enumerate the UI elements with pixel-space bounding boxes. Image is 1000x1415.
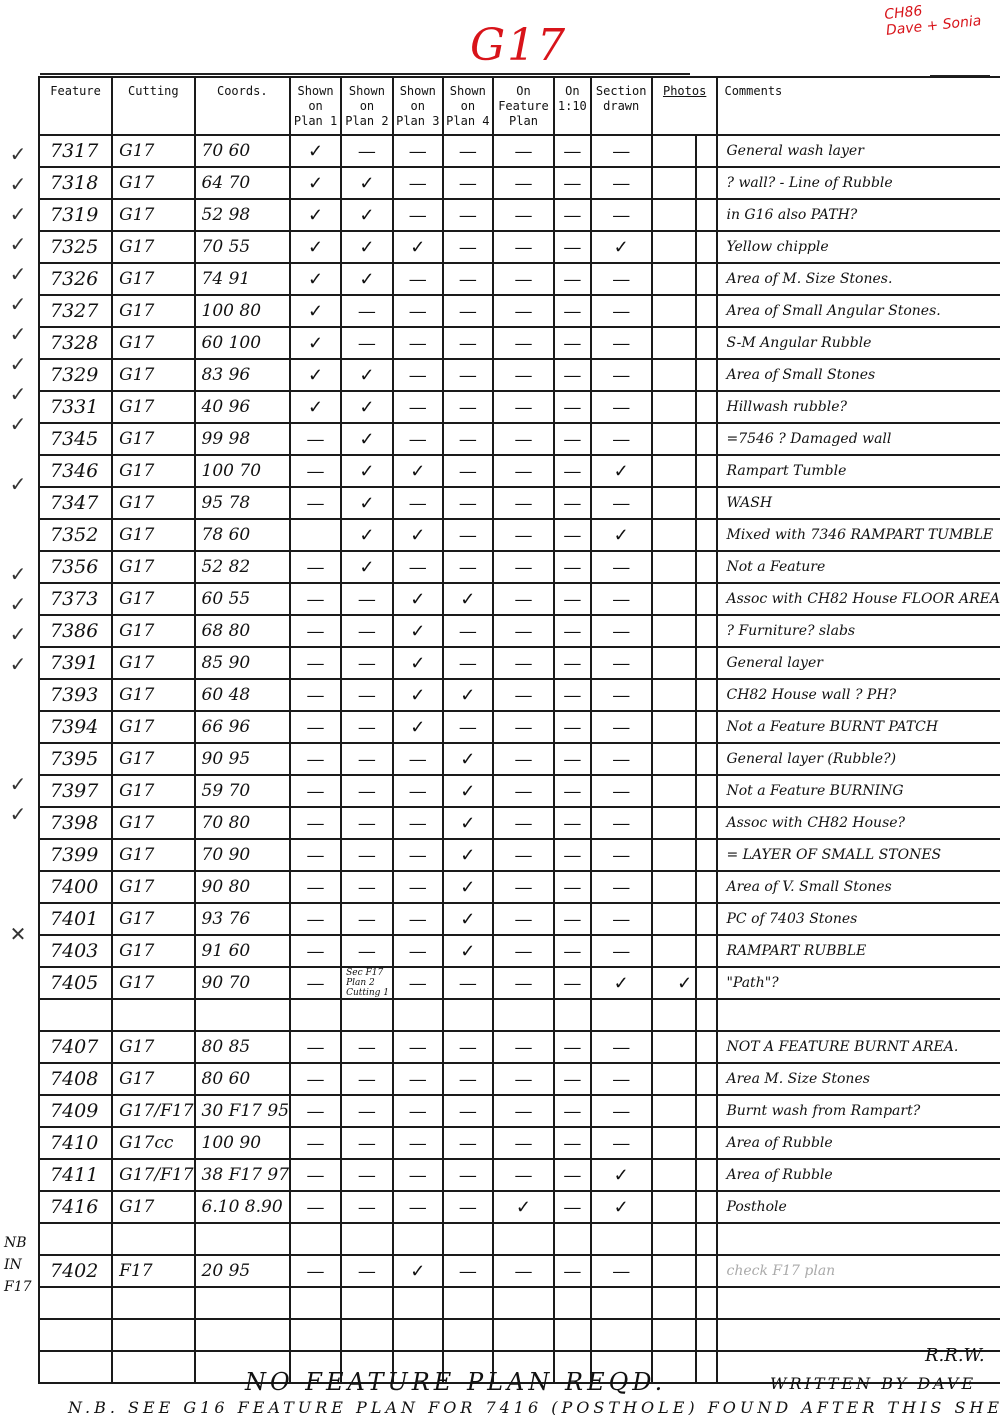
mark-cell-p1: —	[290, 423, 341, 455]
mark-cell-s110: —	[554, 263, 590, 295]
cutting-cell: G17	[112, 583, 194, 615]
photos-cell	[652, 775, 718, 807]
coords-cell: 100 90	[195, 1127, 291, 1159]
mark-cell-fp: —	[493, 1159, 554, 1191]
feature-cell: 7407	[39, 1031, 112, 1063]
feature-cell: 7408	[39, 1063, 112, 1095]
mark-cell-p2: —	[341, 679, 393, 711]
cutting-cell: G17	[112, 871, 194, 903]
mark-cell-sec: ✓	[591, 967, 652, 999]
cutting-cell: G17	[112, 167, 194, 199]
mark-cell-p3	[393, 1223, 443, 1255]
feature-cell: 7346	[39, 455, 112, 487]
mark-cell-p2: ✓	[341, 455, 393, 487]
mark-cell-s110: —	[554, 295, 590, 327]
table-row: 7328G1760 100✓——————S-M Angular Rubble	[39, 327, 1000, 359]
comment-cell: Not a Feature	[717, 551, 1000, 583]
col-feature-plan: On Feature Plan	[493, 77, 554, 135]
mark-cell-p4: ✓	[443, 583, 493, 615]
mark-cell-s110: —	[554, 391, 590, 423]
mark-cell-p2	[341, 1287, 393, 1319]
photos-cell	[652, 903, 718, 935]
cutting-cell: G17	[112, 903, 194, 935]
mark-cell-p4: —	[443, 295, 493, 327]
mark-cell-p4: —	[443, 1127, 493, 1159]
mark-cell-p2: ✓	[341, 359, 393, 391]
mark-cell-s110	[554, 1287, 590, 1319]
mark-cell-s110: —	[554, 1095, 590, 1127]
feature-cell: 7319	[39, 199, 112, 231]
coords-cell: 85 90	[195, 647, 291, 679]
cutting-cell: G17	[112, 551, 194, 583]
comment-cell: "Path"?	[717, 967, 1000, 999]
mark-cell-sec: —	[591, 263, 652, 295]
mark-cell-p3: ✓	[393, 615, 443, 647]
photos-cell	[652, 455, 718, 487]
check-mark-icon: ✓	[4, 472, 32, 496]
mark-cell-fp: —	[493, 935, 554, 967]
mark-cell-s110	[554, 1223, 590, 1255]
mark-cell-s110: —	[554, 775, 590, 807]
col-1-10: On 1:10	[554, 77, 590, 135]
col-section: Section drawn	[591, 77, 652, 135]
mark-cell-p2: —	[341, 295, 393, 327]
mark-cell-s110: —	[554, 519, 590, 551]
mark-cell-p3: —	[393, 967, 443, 999]
cutting-cell: G17	[112, 711, 194, 743]
check-mark-icon: ✓	[4, 202, 32, 226]
mark-cell-fp: —	[493, 167, 554, 199]
table-row	[39, 999, 1000, 1031]
mark-cell-sec	[591, 1223, 652, 1255]
mark-cell-p3	[393, 1287, 443, 1319]
mark-cell-p1: ✓	[290, 167, 341, 199]
col-comments: Comments	[717, 77, 1000, 135]
mark-cell-p3: —	[393, 743, 443, 775]
table-row	[39, 1223, 1000, 1255]
mark-cell-p1: —	[290, 679, 341, 711]
table-row: 7416G176.10 8.90————✓—✓Posthole	[39, 1191, 1000, 1223]
mark-cell-p2: —	[341, 839, 393, 871]
mark-cell-fp: —	[493, 583, 554, 615]
mark-cell-fp: —	[493, 327, 554, 359]
mark-cell-sec	[591, 999, 652, 1031]
feature-cell: 7331	[39, 391, 112, 423]
table-row: 7407G1780 85———————NOT A FEATURE BURNT A…	[39, 1031, 1000, 1063]
mark-cell-p2: ✓	[341, 231, 393, 263]
feature-cell: 7386	[39, 615, 112, 647]
mark-cell-p2	[341, 999, 393, 1031]
mark-cell-p4: —	[443, 967, 493, 999]
mark-cell-fp: —	[493, 1063, 554, 1095]
mark-cell-p4: ✓	[443, 903, 493, 935]
mark-cell-s110: —	[554, 551, 590, 583]
mark-cell-p1	[290, 999, 341, 1031]
table-row: 7408G1780 60———————Area M. Size Stones	[39, 1063, 1000, 1095]
mark-cell-p4: —	[443, 647, 493, 679]
feature-cell: 7399	[39, 839, 112, 871]
mark-cell-p1: —	[290, 839, 341, 871]
photos-cell	[652, 167, 718, 199]
mark-cell-s110: —	[554, 167, 590, 199]
cutting-cell: F17	[112, 1255, 194, 1287]
mark-cell-p1: —	[290, 935, 341, 967]
check-mark-icon: ✓	[4, 622, 32, 646]
coords-cell: 78 60	[195, 519, 291, 551]
coords-cell: 20 95	[195, 1255, 291, 1287]
mark-cell-s110: —	[554, 1191, 590, 1223]
check-mark-icon: ✓	[4, 292, 32, 316]
mark-cell-p3: ✓	[393, 455, 443, 487]
mark-cell-p1	[290, 519, 341, 551]
cutting-cell: G17	[112, 487, 194, 519]
coords-cell	[195, 999, 291, 1031]
mark-cell-p2: —	[341, 327, 393, 359]
feature-cell	[39, 999, 112, 1031]
cutting-cell: G17	[112, 1031, 194, 1063]
mark-cell-p2: —	[341, 615, 393, 647]
mark-cell-sec: —	[591, 391, 652, 423]
mark-cell-p1: ✓	[290, 295, 341, 327]
table-row: 7405G1790 70—Sec F17 Plan 2 Cutting 1———…	[39, 967, 1000, 999]
comment-cell: Area M. Size Stones	[717, 1063, 1000, 1095]
feature-cell: 7325	[39, 231, 112, 263]
table-row: 7411G17/F1738 F17 97——————✓Area of Rubbl…	[39, 1159, 1000, 1191]
mark-cell-sec: —	[591, 1031, 652, 1063]
feature-cell: 7403	[39, 935, 112, 967]
mark-cell-sec: —	[591, 487, 652, 519]
mark-cell-p3: —	[393, 487, 443, 519]
comment-cell: =7546 ? Damaged wall	[717, 423, 1000, 455]
side-note-line: IN	[4, 1254, 32, 1276]
mark-cell-s110: —	[554, 615, 590, 647]
cutting-cell	[112, 1223, 194, 1255]
check-mark-icon: ✓	[4, 352, 32, 376]
mark-cell-p4: —	[443, 1255, 493, 1287]
mark-cell-p3: —	[393, 1063, 443, 1095]
mark-cell-p2: —	[341, 807, 393, 839]
photos-cell	[652, 551, 718, 583]
coords-cell: 100 70	[195, 455, 291, 487]
feature-cell: 7318	[39, 167, 112, 199]
photos-cell	[652, 871, 718, 903]
table-row: 7395G1790 95———✓———General layer (Rubble…	[39, 743, 1000, 775]
table-row: 7402F1720 95——✓————check F17 plan	[39, 1255, 1000, 1287]
feature-cell: 7345	[39, 423, 112, 455]
mark-cell-p2: —	[341, 647, 393, 679]
mark-cell-p2: ✓	[341, 199, 393, 231]
photos-cell	[652, 839, 718, 871]
feature-cell: 7393	[39, 679, 112, 711]
feature-cell: 7327	[39, 295, 112, 327]
mark-cell-sec: —	[591, 423, 652, 455]
mark-cell-p2: ✓	[341, 423, 393, 455]
mark-cell-p3: —	[393, 1127, 443, 1159]
table-row	[39, 1319, 1000, 1351]
mark-cell-fp: —	[493, 775, 554, 807]
log-body: 7317G1770 60✓——————General wash layer731…	[39, 135, 1000, 1383]
coords-cell: 59 70	[195, 775, 291, 807]
mark-cell-p3: —	[393, 551, 443, 583]
mark-cell-sec: —	[591, 135, 652, 167]
mark-cell-p3: —	[393, 839, 443, 871]
mark-cell-sec: —	[591, 647, 652, 679]
cutting-cell: G17	[112, 615, 194, 647]
mark-cell-p1: —	[290, 775, 341, 807]
mark-cell-sec: —	[591, 615, 652, 647]
mark-cell-p2: —	[341, 583, 393, 615]
mark-cell-fp: —	[493, 391, 554, 423]
mark-cell-s110: —	[554, 711, 590, 743]
table-row: 7345G1799 98—✓—————=7546 ? Damaged wall	[39, 423, 1000, 455]
photos-cell	[652, 1095, 718, 1127]
table-row: 7397G1759 70———✓———Not a Feature BURNING	[39, 775, 1000, 807]
mark-cell-p1: ✓	[290, 327, 341, 359]
comment-cell: Area of Rubble	[717, 1159, 1000, 1191]
table-row: 7409G17/F1730 F17 95———————Burnt wash fr…	[39, 1095, 1000, 1127]
cutting-cell: G17	[112, 455, 194, 487]
col-coords: Coords.	[195, 77, 291, 135]
mark-cell-p3: —	[393, 423, 443, 455]
cutting-cell: G17	[112, 775, 194, 807]
mark-cell-s110: —	[554, 839, 590, 871]
coords-cell: 91 60	[195, 935, 291, 967]
mark-cell-s110: —	[554, 455, 590, 487]
sheet-title: G17	[470, 20, 567, 71]
photos-cell	[652, 583, 718, 615]
feature-cell: 7329	[39, 359, 112, 391]
feature-cell: 7410	[39, 1127, 112, 1159]
mark-cell-sec: —	[591, 935, 652, 967]
footer-nb: N.B. SEE G16 FEATURE PLAN FOR 7416 (POST…	[68, 1398, 1000, 1415]
col-cutting: Cutting	[112, 77, 194, 135]
table-row: 7394G1766 96——✓————Not a Feature BURNT P…	[39, 711, 1000, 743]
mark-cell-p3: —	[393, 391, 443, 423]
comment-cell: Rampart Tumble	[717, 455, 1000, 487]
mark-cell-p4: ✓	[443, 743, 493, 775]
cutting-cell: G17	[112, 935, 194, 967]
feature-cell: 7395	[39, 743, 112, 775]
mark-cell-p4	[443, 1287, 493, 1319]
comment-cell: General wash layer	[717, 135, 1000, 167]
mark-cell-p2: —	[341, 775, 393, 807]
mark-cell-p1	[290, 1319, 341, 1351]
mark-cell-fp: —	[493, 743, 554, 775]
feature-cell: 7391	[39, 647, 112, 679]
mark-cell-sec: —	[591, 359, 652, 391]
mark-cell-p1: —	[290, 711, 341, 743]
col-photos: Photos	[652, 77, 718, 135]
mark-cell-p3: —	[393, 935, 443, 967]
header-row: Feature Cutting Coords. Shown on Plan 1 …	[39, 77, 1000, 135]
mark-cell-fp: —	[493, 679, 554, 711]
col-plan3: Shown on Plan 3	[393, 77, 443, 135]
mark-cell-s110: —	[554, 359, 590, 391]
mark-cell-p1: —	[290, 807, 341, 839]
mark-cell-p4: ✓	[443, 839, 493, 871]
mark-cell-fp: —	[493, 839, 554, 871]
table-row: 7325G1770 55✓✓✓———✓Yellow chipple	[39, 231, 1000, 263]
mark-cell-fp: —	[493, 199, 554, 231]
cutting-cell: G17	[112, 263, 194, 295]
mark-cell-p3: —	[393, 359, 443, 391]
comment-cell: Not a Feature BURNING	[717, 775, 1000, 807]
mark-cell-fp: —	[493, 359, 554, 391]
mark-cell-s110: —	[554, 903, 590, 935]
feature-cell: 7394	[39, 711, 112, 743]
photos-cell	[652, 615, 718, 647]
mark-cell-sec: —	[591, 295, 652, 327]
photos-cell	[652, 423, 718, 455]
coords-cell: 90 80	[195, 871, 291, 903]
coords-cell: 40 96	[195, 391, 291, 423]
mark-cell-s110: —	[554, 327, 590, 359]
table-row: 7331G1740 96✓✓—————Hillwash rubble?	[39, 391, 1000, 423]
table-row: 7398G1770 80———✓———Assoc with CH82 House…	[39, 807, 1000, 839]
cutting-cell: G17	[112, 359, 194, 391]
mark-cell-sec: —	[591, 167, 652, 199]
mark-cell-sec: —	[591, 1063, 652, 1095]
mark-cell-fp: —	[493, 647, 554, 679]
mark-cell-p2: —	[341, 743, 393, 775]
mark-cell-p1: —	[290, 551, 341, 583]
cutting-cell: G17	[112, 231, 194, 263]
coords-cell: 100 80	[195, 295, 291, 327]
check-mark-icon: ✓	[4, 322, 32, 346]
photos-cell	[652, 199, 718, 231]
mark-cell-p3: ✓	[393, 1255, 443, 1287]
photos-cell	[652, 999, 718, 1031]
coords-cell: 95 78	[195, 487, 291, 519]
photos-cell	[652, 1223, 718, 1255]
mark-cell-s110: —	[554, 871, 590, 903]
feature-cell: 7405	[39, 967, 112, 999]
cross-mark-icon: ✕	[4, 922, 32, 946]
mark-cell-sec: —	[591, 327, 652, 359]
mark-cell-s110: —	[554, 423, 590, 455]
comment-cell: Area of V. Small Stones	[717, 871, 1000, 903]
comment-cell: PC of 7403 Stones	[717, 903, 1000, 935]
photos-cell	[652, 1319, 718, 1351]
mark-cell-p1: —	[290, 1191, 341, 1223]
mark-cell-fp: —	[493, 711, 554, 743]
mark-cell-p1: —	[290, 1255, 341, 1287]
coords-cell: 60 55	[195, 583, 291, 615]
col-feature: Feature	[39, 77, 112, 135]
mark-cell-p3: ✓	[393, 647, 443, 679]
cutting-cell: G17	[112, 807, 194, 839]
mark-cell-p2: —	[341, 1063, 393, 1095]
photos-cell	[652, 359, 718, 391]
mark-cell-p1: —	[290, 1095, 341, 1127]
mark-cell-p4: —	[443, 391, 493, 423]
mark-cell-s110: —	[554, 1031, 590, 1063]
mark-cell-fp: —	[493, 1127, 554, 1159]
mark-cell-p1: ✓	[290, 231, 341, 263]
comment-cell: NOT A FEATURE BURNT AREA.	[717, 1031, 1000, 1063]
table-row: 7352G1778 60✓✓———✓Mixed with 7346 RAMPAR…	[39, 519, 1000, 551]
coords-cell: 52 98	[195, 199, 291, 231]
mark-cell-sec: —	[591, 903, 652, 935]
mark-cell-p3: —	[393, 135, 443, 167]
cutting-cell	[112, 1319, 194, 1351]
cutting-cell: G17	[112, 519, 194, 551]
mark-cell-s110: —	[554, 935, 590, 967]
photos-cell	[652, 295, 718, 327]
feature-cell	[39, 1223, 112, 1255]
mark-cell-s110: —	[554, 967, 590, 999]
mark-cell-p2: —	[341, 935, 393, 967]
comment-cell: check F17 plan	[717, 1255, 1000, 1287]
mark-cell-s110: —	[554, 199, 590, 231]
cutting-cell: G17	[112, 135, 194, 167]
mark-cell-p2: —	[341, 1255, 393, 1287]
comment-cell: Burnt wash from Rampart?	[717, 1095, 1000, 1127]
table-row: 7400G1790 80———✓———Area of V. Small Ston…	[39, 871, 1000, 903]
mark-cell-s110	[554, 999, 590, 1031]
photos-cell	[652, 679, 718, 711]
mark-cell-p1: —	[290, 1063, 341, 1095]
mark-cell-p4: —	[443, 1031, 493, 1063]
table-row: 7329G1783 96✓✓—————Area of Small Stones	[39, 359, 1000, 391]
mark-cell-fp: —	[493, 1255, 554, 1287]
mark-cell-p4: —	[443, 519, 493, 551]
mark-cell-p3: —	[393, 167, 443, 199]
table-row: 7403G1791 60———✓———RAMPART RUBBLE	[39, 935, 1000, 967]
cutting-cell: G17cc	[112, 1127, 194, 1159]
mark-cell-sec: —	[591, 775, 652, 807]
comment-cell: Area of Rubble	[717, 1127, 1000, 1159]
mark-cell-sec: ✓	[591, 1159, 652, 1191]
photos-cell: ✓	[652, 967, 718, 999]
mark-cell-fp: —	[493, 967, 554, 999]
mark-cell-p1: —	[290, 615, 341, 647]
cutting-cell: G17	[112, 839, 194, 871]
table-row: 7393G1760 48——✓✓———CH82 House wall ? PH?	[39, 679, 1000, 711]
mark-cell-p1: —	[290, 871, 341, 903]
coords-cell: 60 100	[195, 327, 291, 359]
mark-cell-sec: ✓	[591, 455, 652, 487]
mark-cell-sec	[591, 1287, 652, 1319]
mark-cell-p2: —	[341, 711, 393, 743]
coords-cell: 70 80	[195, 807, 291, 839]
side-note: NB IN F17	[4, 1232, 32, 1298]
mark-cell-p4: ✓	[443, 679, 493, 711]
photos-cell	[652, 1031, 718, 1063]
mark-cell-p1: ✓	[290, 199, 341, 231]
mark-cell-fp: —	[493, 615, 554, 647]
mark-cell-p1: —	[290, 903, 341, 935]
mark-cell-sec: —	[591, 1095, 652, 1127]
mark-cell-sec: —	[591, 711, 652, 743]
mark-cell-p4: —	[443, 1191, 493, 1223]
mark-cell-p2: ✓	[341, 487, 393, 519]
photos-cell	[652, 1127, 718, 1159]
comment-cell: General layer (Rubble?)	[717, 743, 1000, 775]
coords-cell: 70 90	[195, 839, 291, 871]
photos-cell	[652, 743, 718, 775]
mark-cell-fp: —	[493, 295, 554, 327]
photos-cell	[652, 487, 718, 519]
mark-cell-p3: —	[393, 327, 443, 359]
mark-cell-p2	[341, 1319, 393, 1351]
mark-cell-p4: ✓	[443, 807, 493, 839]
cutting-cell	[112, 1287, 194, 1319]
coords-cell: 64 70	[195, 167, 291, 199]
table-row: 7386G1768 80——✓————? Furniture? slabs	[39, 615, 1000, 647]
coords-cell: 90 95	[195, 743, 291, 775]
feature-cell: 7397	[39, 775, 112, 807]
